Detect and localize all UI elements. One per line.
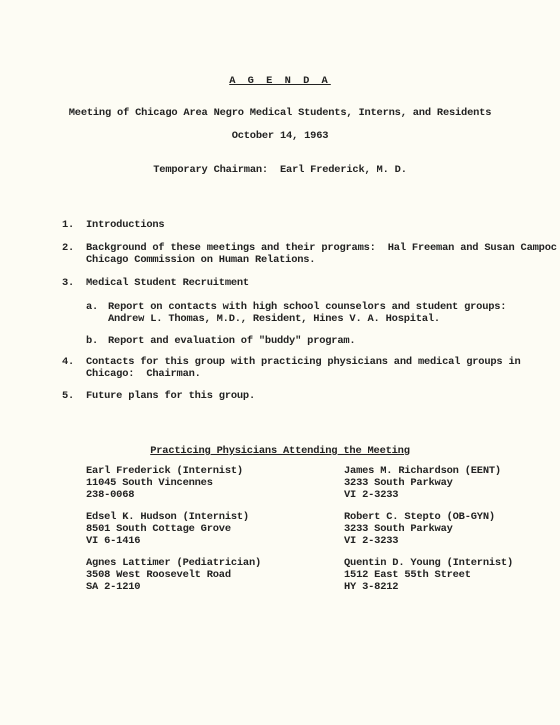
item-text: Contacts for this group with practicing … [86,357,521,369]
physician-name: Quentin D. Young (Internist) [344,558,513,570]
subitem-letter: a. [86,302,98,314]
item-text: Background of these meetings and their p… [86,243,557,255]
item-text-continued: Chicago: Chairman. [86,369,201,381]
physician-phone: SA 2-1210 [86,582,140,594]
physician-name: Edsel K. Hudson (Internist) [86,512,249,524]
subitem-letter: b. [86,336,98,348]
physician-phone: VI 6-1416 [86,536,140,548]
physician-name: James M. Richardson (EENT) [344,466,501,478]
item-number: 2. [62,243,74,255]
temporary-chairman: Temporary Chairman: Earl Frederick, M. D… [0,165,560,177]
agenda-title: A G E N D A [0,76,560,88]
item-number: 5. [62,391,74,403]
physician-phone: HY 3-8212 [344,582,398,594]
physicians-heading: Practicing Physicians Attending the Meet… [0,446,560,458]
item-number: 3. [62,278,74,290]
physician-address: 3508 West Roosevelt Road [86,570,231,582]
subitem-text-continued: Andrew L. Thomas, M.D., Resident, Hines … [108,314,440,326]
subitem-text: Report on contacts with high school coun… [108,302,506,314]
physician-address: 1512 East 55th Street [344,570,471,582]
physician-address: 8501 South Cottage Grove [86,524,231,536]
physician-name: Robert C. Stepto (OB-GYN) [344,512,495,524]
meeting-date: October 14, 1963 [0,131,560,143]
physician-address: 3233 South Parkway [344,478,453,490]
physician-phone: VI 2-3233 [344,536,398,548]
physician-phone: 238-0068 [86,490,134,502]
physician-name: Agnes Lattimer (Pediatrician) [86,558,261,570]
physician-name: Earl Frederick (Internist) [86,466,243,478]
item-number: 1. [62,220,74,232]
physician-phone: VI 2-3233 [344,490,398,502]
physician-address: 3233 South Parkway [344,524,453,536]
item-text-continued: Chicago Commission on Human Relations. [86,255,315,267]
meeting-subtitle: Meeting of Chicago Area Negro Medical St… [0,108,560,120]
subitem-text: Report and evaluation of "buddy" program… [108,336,355,348]
item-text: Introductions [86,220,164,232]
item-text: Medical Student Recruitment [86,278,249,290]
document-page: A G E N D A Meeting of Chicago Area Negr… [0,0,560,725]
item-number: 4. [62,357,74,369]
item-text: Future plans for this group. [86,391,255,403]
physician-address: 11045 South Vincennes [86,478,213,490]
